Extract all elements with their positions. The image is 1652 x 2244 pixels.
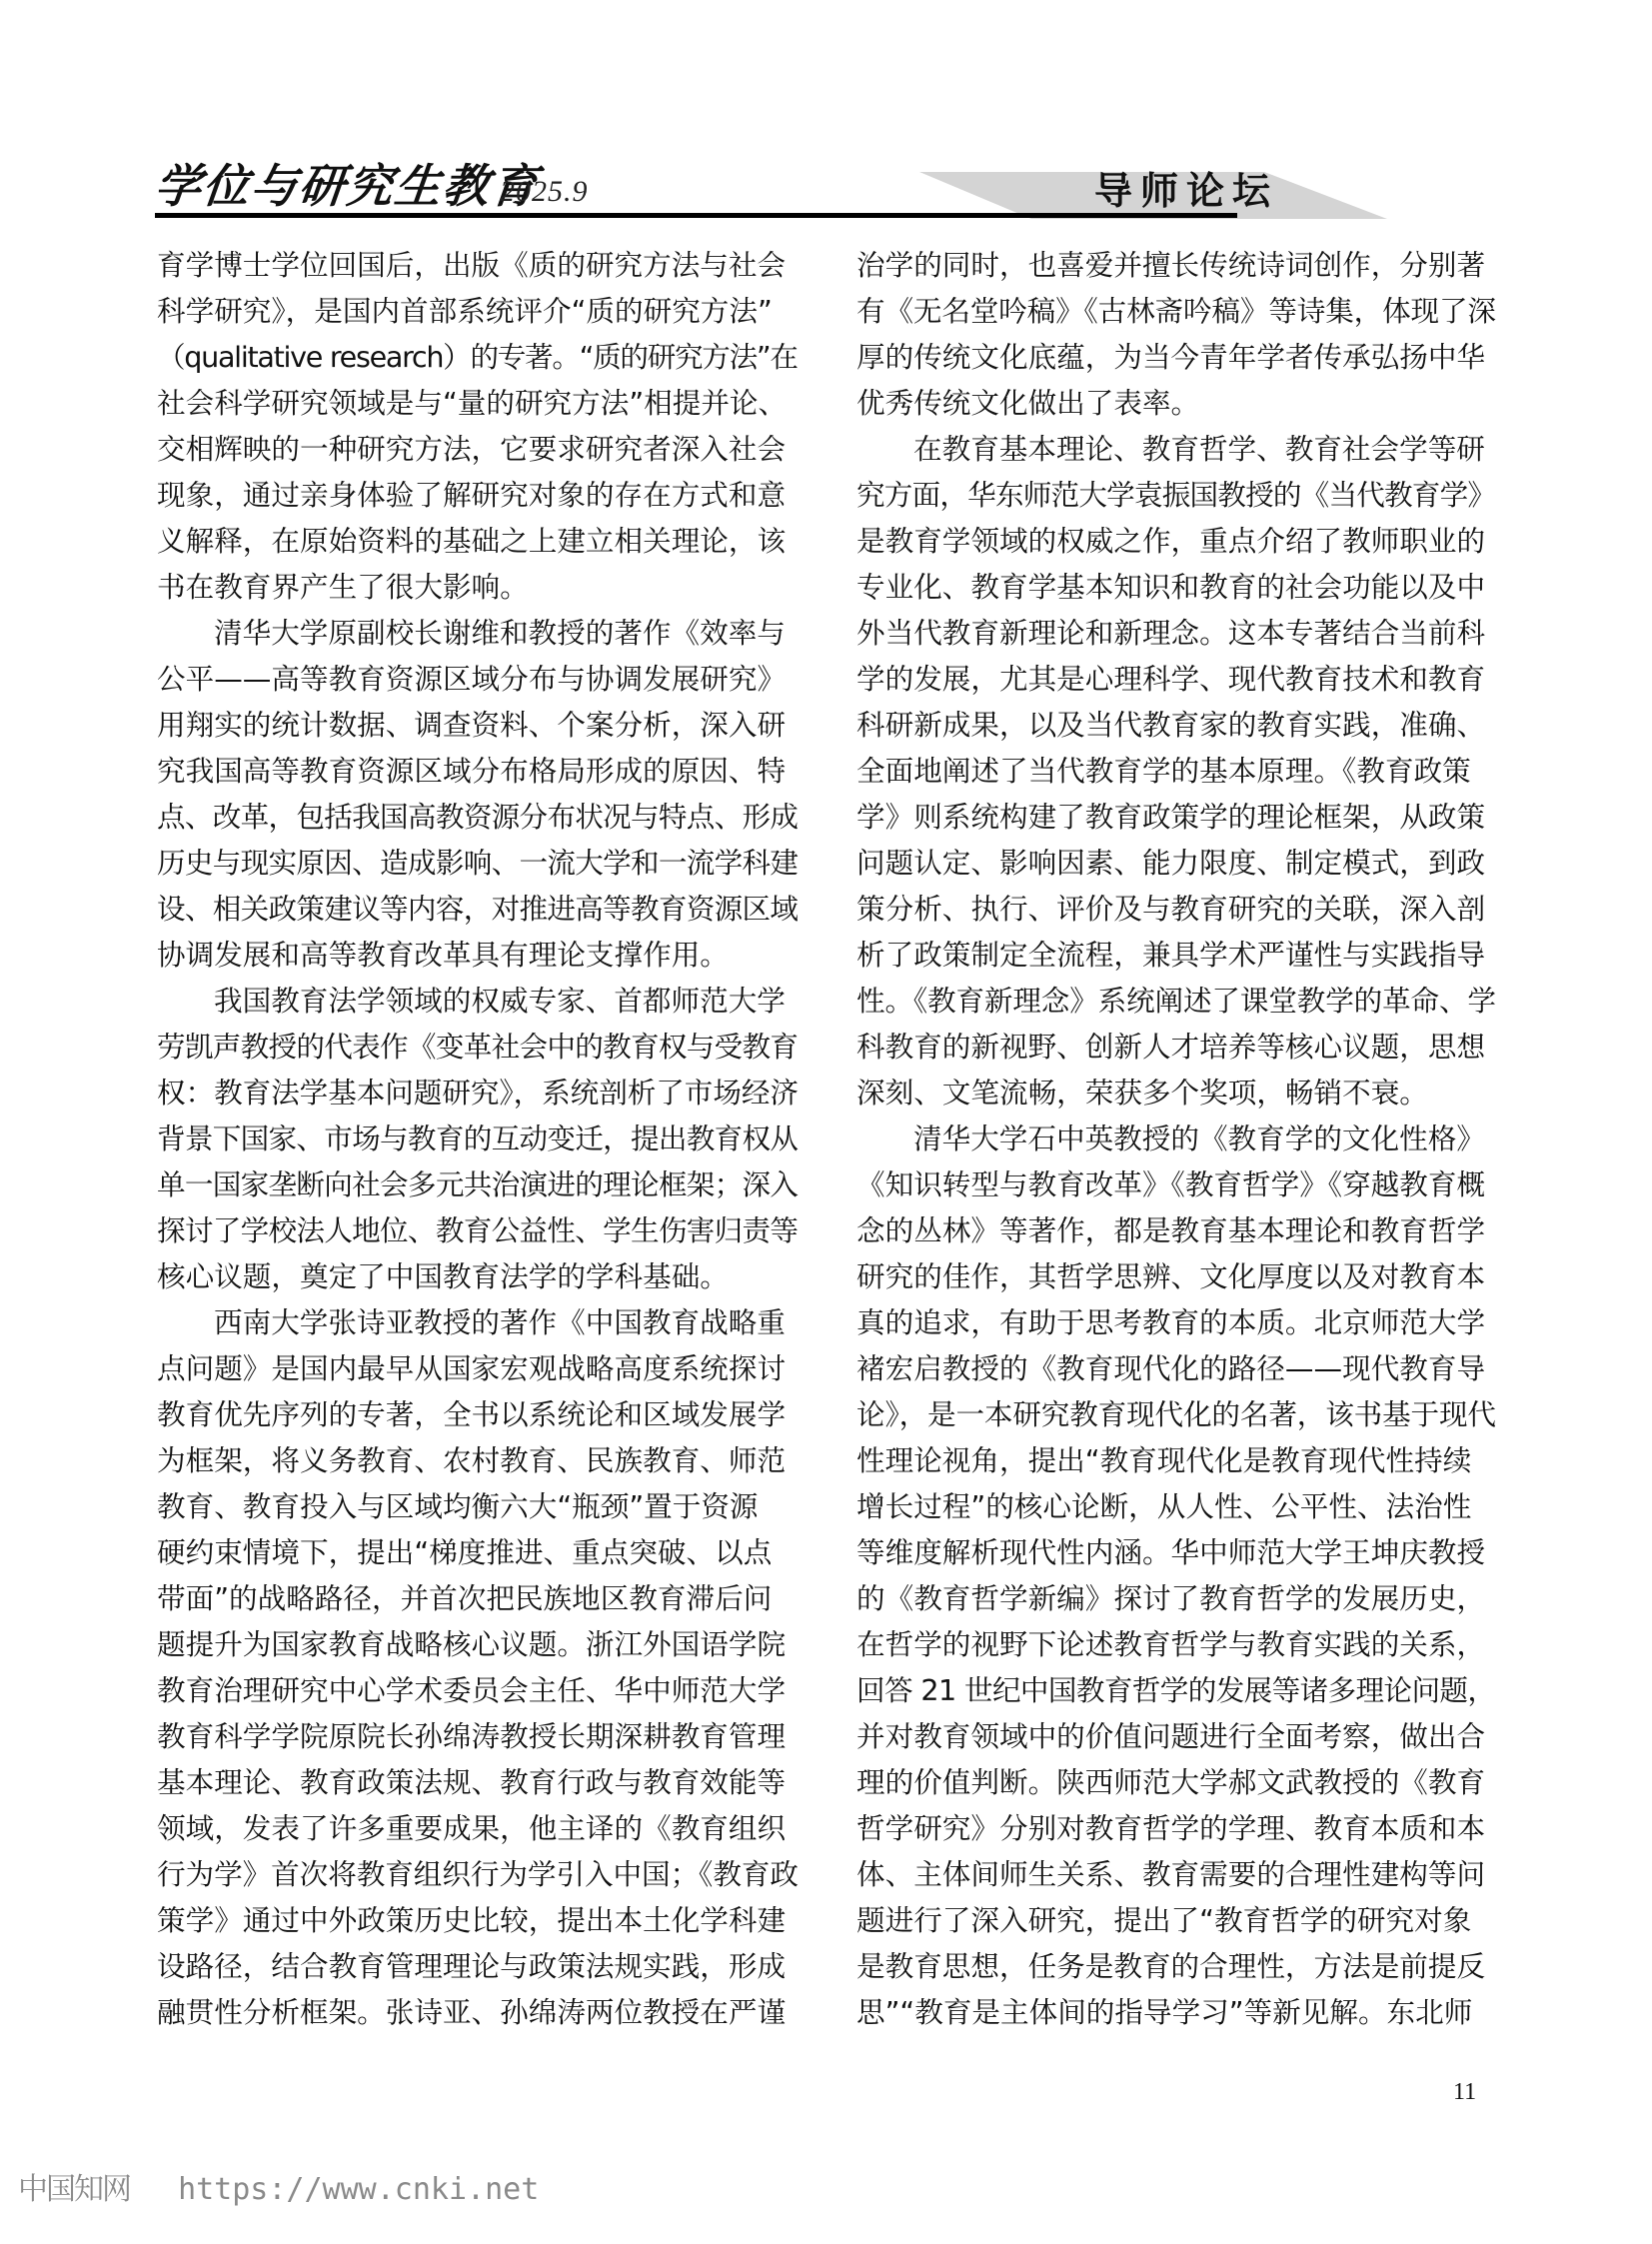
text-line: 是教育思想，任务是教育的合理性，方法是前提反 — [856, 1943, 1496, 1989]
text-line: 科学研究》，是国内首部系统评介“质的研究方法” — [157, 288, 799, 334]
text-line: 真的追求，有助于思考教育的本质。北京师范大学 — [856, 1299, 1496, 1345]
right-column: 治学的同时，也喜爱并擅长传统诗词创作，分别著有《无名堂吟稿》《古林斋吟稿》等诗集… — [856, 242, 1496, 2035]
text-line: 融贯性分析框架。张诗亚、孙绵涛两位教授在严谨 — [157, 1989, 799, 2035]
text-line: 论》，是一本研究教育现代化的名著，该书基于现代 — [856, 1391, 1496, 1437]
text-line: 的《教育哲学新编》探讨了教育哲学的发展历史， — [856, 1575, 1496, 1621]
text-line: 并对教育领域中的价值问题进行全面考察，做出合 — [856, 1713, 1496, 1759]
text-line: 全面地阐述了当代教育学的基本原理。《教育政策 — [856, 748, 1496, 794]
text-line: 研究的佳作，其哲学思辨、文化厚度以及对教育本 — [856, 1253, 1496, 1299]
text-line: 等维度解析现代性内涵。华中师范大学王坤庆教授 — [856, 1529, 1496, 1575]
text-line: 为框架，将义务教育、农村教育、民族教育、师范 — [157, 1437, 799, 1483]
page-number: 11 — [1453, 2079, 1476, 2106]
text-line: 性。《教育新理念》系统阐述了课堂教学的革命、学 — [856, 978, 1496, 1024]
text-line: 析了政策制定全流程，兼具学术严谨性与实践指导 — [856, 932, 1496, 978]
text-line: 单一国家垄断向社会多元共治演进的理论框架；深入 — [157, 1161, 799, 1207]
text-line: 我国教育法学领域的权威专家、首都师范大学 — [157, 978, 799, 1024]
text-line: 协调发展和高等教育改革具有理论支撑作用。 — [157, 932, 799, 978]
text-line: 探讨了学校法人地位、教育公益性、学生伤害归责等 — [157, 1207, 799, 1253]
text-line: 劳凯声教授的代表作《变革社会中的教育权与受教育 — [157, 1024, 799, 1070]
text-line: 有《无名堂吟稿》《古林斋吟稿》等诗集，体现了深 — [856, 288, 1496, 334]
journal-title: 学位与研究生教育 — [152, 158, 542, 214]
text-line: 优秀传统文化做出了表率。 — [856, 380, 1496, 426]
text-line: 带面”的战略路径，并首次把民族地区教育滞后问 — [157, 1575, 799, 1621]
text-line: 念的丛林》等著作，都是教育基本理论和教育哲学 — [856, 1207, 1496, 1253]
text-line: 背景下国家、市场与教育的互动变迁，提出教育权从 — [157, 1116, 799, 1161]
text-line: 在哲学的视野下论述教育哲学与教育实践的关系， — [856, 1621, 1496, 1667]
text-line: 究我国高等教育资源区域分布格局形成的原因、特 — [157, 748, 799, 794]
text-line: 硬约束情境下，提出“梯度推进、重点突破、以点 — [157, 1529, 799, 1575]
text-line: 领域，发表了许多重要成果，他主译的《教育组织 — [157, 1805, 799, 1851]
text-line: 体、主体间师生关系、教育需要的合理性建构等问 — [856, 1851, 1496, 1897]
text-line: 教育优先序列的专著，全书以系统论和区域发展学 — [157, 1391, 799, 1437]
text-line: 设路径，结合教育管理理论与政策法规实践，形成 — [157, 1943, 799, 1989]
text-line: 用翔实的统计数据、调查资料、个案分析，深入研 — [157, 702, 799, 748]
text-line: （qualitative research）的专著。“质的研究方法”在 — [157, 334, 799, 380]
text-line: 西南大学张诗亚教授的著作《中国教育战略重 — [157, 1299, 799, 1345]
text-line: 外当代教育新理论和新理念。这本专著结合当前科 — [856, 610, 1496, 656]
text-line: 问题认定、影响因素、能力限度、制定模式，到政 — [856, 840, 1496, 886]
cnki-watermark: 中国知网 https://www.cnki.net — [18, 2164, 539, 2208]
text-line: 策分析、执行、评价及与教育研究的关联，深入剖 — [856, 886, 1496, 932]
text-line: 核心议题，奠定了中国教育法学的学科基础。 — [157, 1253, 799, 1299]
text-line: 育学博士学位回国后，出版《质的研究方法与社会 — [157, 242, 799, 288]
text-line: 治学的同时，也喜爱并擅长传统诗词创作，分别著 — [856, 242, 1496, 288]
issue-number: 2025.9 — [500, 175, 589, 209]
text-line: 教育科学学院原院长孙绵涛教授长期深耕教育管理 — [157, 1713, 799, 1759]
text-line: 学的发展，尤其是心理科学、现代教育技术和教育 — [856, 656, 1496, 702]
text-line: 科研新成果，以及当代教育家的教育实践，准确、 — [856, 702, 1496, 748]
text-line: 《知识转型与教育改革》《教育哲学》《穿越教育概 — [856, 1161, 1496, 1207]
text-line: 性理论视角，提出“教育现代化是教育现代性持续 — [856, 1437, 1496, 1483]
text-line: 义解释，在原始资料的基础之上建立相关理论，该 — [157, 518, 799, 564]
text-line: 专业化、教育学基本知识和教育的社会功能以及中 — [856, 564, 1496, 610]
text-line: 权：教育法学基本问题研究》，系统剖析了市场经济 — [157, 1070, 799, 1116]
text-line: 教育治理研究中心学术委员会主任、华中师范大学 — [157, 1667, 799, 1713]
text-line: 点、改革，包括我国高教资源分布状况与特点、形成 — [157, 794, 799, 840]
text-line: 设、相关政策建议等内容，对推进高等教育资源区域 — [157, 886, 799, 932]
text-line: 厚的传统文化底蕴，为当今青年学者传承弘扬中华 — [856, 334, 1496, 380]
text-line: 行为学》首次将教育组织行为学引入中国；《教育政 — [157, 1851, 799, 1897]
text-line: 交相辉映的一种研究方法，它要求研究者深入社会 — [157, 426, 799, 472]
text-line: 策学》通过中外政策历史比较，提出本土化学科建 — [157, 1897, 799, 1943]
header-rule — [155, 213, 1237, 218]
text-line: 历史与现实原因、造成影响、一流大学和一流学科建 — [157, 840, 799, 886]
text-line: 理的价值判断。陕西师范大学郝文武教授的《教育 — [856, 1759, 1496, 1805]
text-line: 公平——高等教育资源区域分布与协调发展研究》 — [157, 656, 799, 702]
text-line: 点问题》是国内最早从国家宏观战略高度系统探讨 — [157, 1345, 799, 1391]
watermark-site-name: 中国知网 — [18, 2172, 130, 2207]
text-line: 哲学研究》分别对教育哲学的学理、教育本质和本 — [856, 1805, 1496, 1851]
text-line: 教育、教育投入与区域均衡六大“瓶颈”置于资源 — [157, 1483, 799, 1529]
text-line: 在教育基本理论、教育哲学、教育社会学等研 — [856, 426, 1496, 472]
text-line: 现象，通过亲身体验了解研究对象的存在方式和意 — [157, 472, 799, 518]
text-line: 是教育学领域的权威之作，重点介绍了教师职业的 — [856, 518, 1496, 564]
text-line: 学》则系统构建了教育政策学的理论框架，从政策 — [856, 794, 1496, 840]
text-line: 回答 21 世纪中国教育哲学的发展等诸多理论问题， — [856, 1667, 1496, 1713]
text-line: 书在教育界产生了很大影响。 — [157, 564, 799, 610]
text-line: 清华大学原副校长谢维和教授的著作《效率与 — [157, 610, 799, 656]
text-line: 究方面，华东师范大学袁振国教授的《当代教育学》 — [856, 472, 1496, 518]
text-line: 题提升为国家教育战略核心议题。浙江外国语学院 — [157, 1621, 799, 1667]
text-line: 社会科学研究领域是与“量的研究方法”相提并论、 — [157, 380, 799, 426]
text-line: 科教育的新视野、创新人才培养等核心议题，思想 — [856, 1024, 1496, 1070]
text-line: 清华大学石中英教授的《教育学的文化性格》 — [856, 1116, 1496, 1161]
running-header: 学位与研究生教育 2025.9 导师论坛 — [0, 0, 1652, 240]
text-line: 题进行了深入研究，提出了“教育哲学的研究对象 — [856, 1897, 1496, 1943]
text-line: 褚宏启教授的《教育现代化的路径——现代教育导 — [856, 1345, 1496, 1391]
text-line: 深刻、文笔流畅，荣获多个奖项，畅销不衰。 — [856, 1070, 1496, 1116]
text-line: 思”“教育是主体间的指导学习”等新见解。东北师 — [856, 1989, 1496, 2035]
watermark-url: https://www.cnki.net — [178, 2172, 539, 2207]
text-line: 基本理论、教育政策法规、教育行政与教育效能等 — [157, 1759, 799, 1805]
text-line: 增长过程”的核心论断，从人性、公平性、法治性 — [856, 1483, 1496, 1529]
section-title: 导师论坛 — [1094, 160, 1278, 215]
left-column: 育学博士学位回国后，出版《质的研究方法与社会科学研究》，是国内首部系统评介“质的… — [157, 242, 799, 2035]
